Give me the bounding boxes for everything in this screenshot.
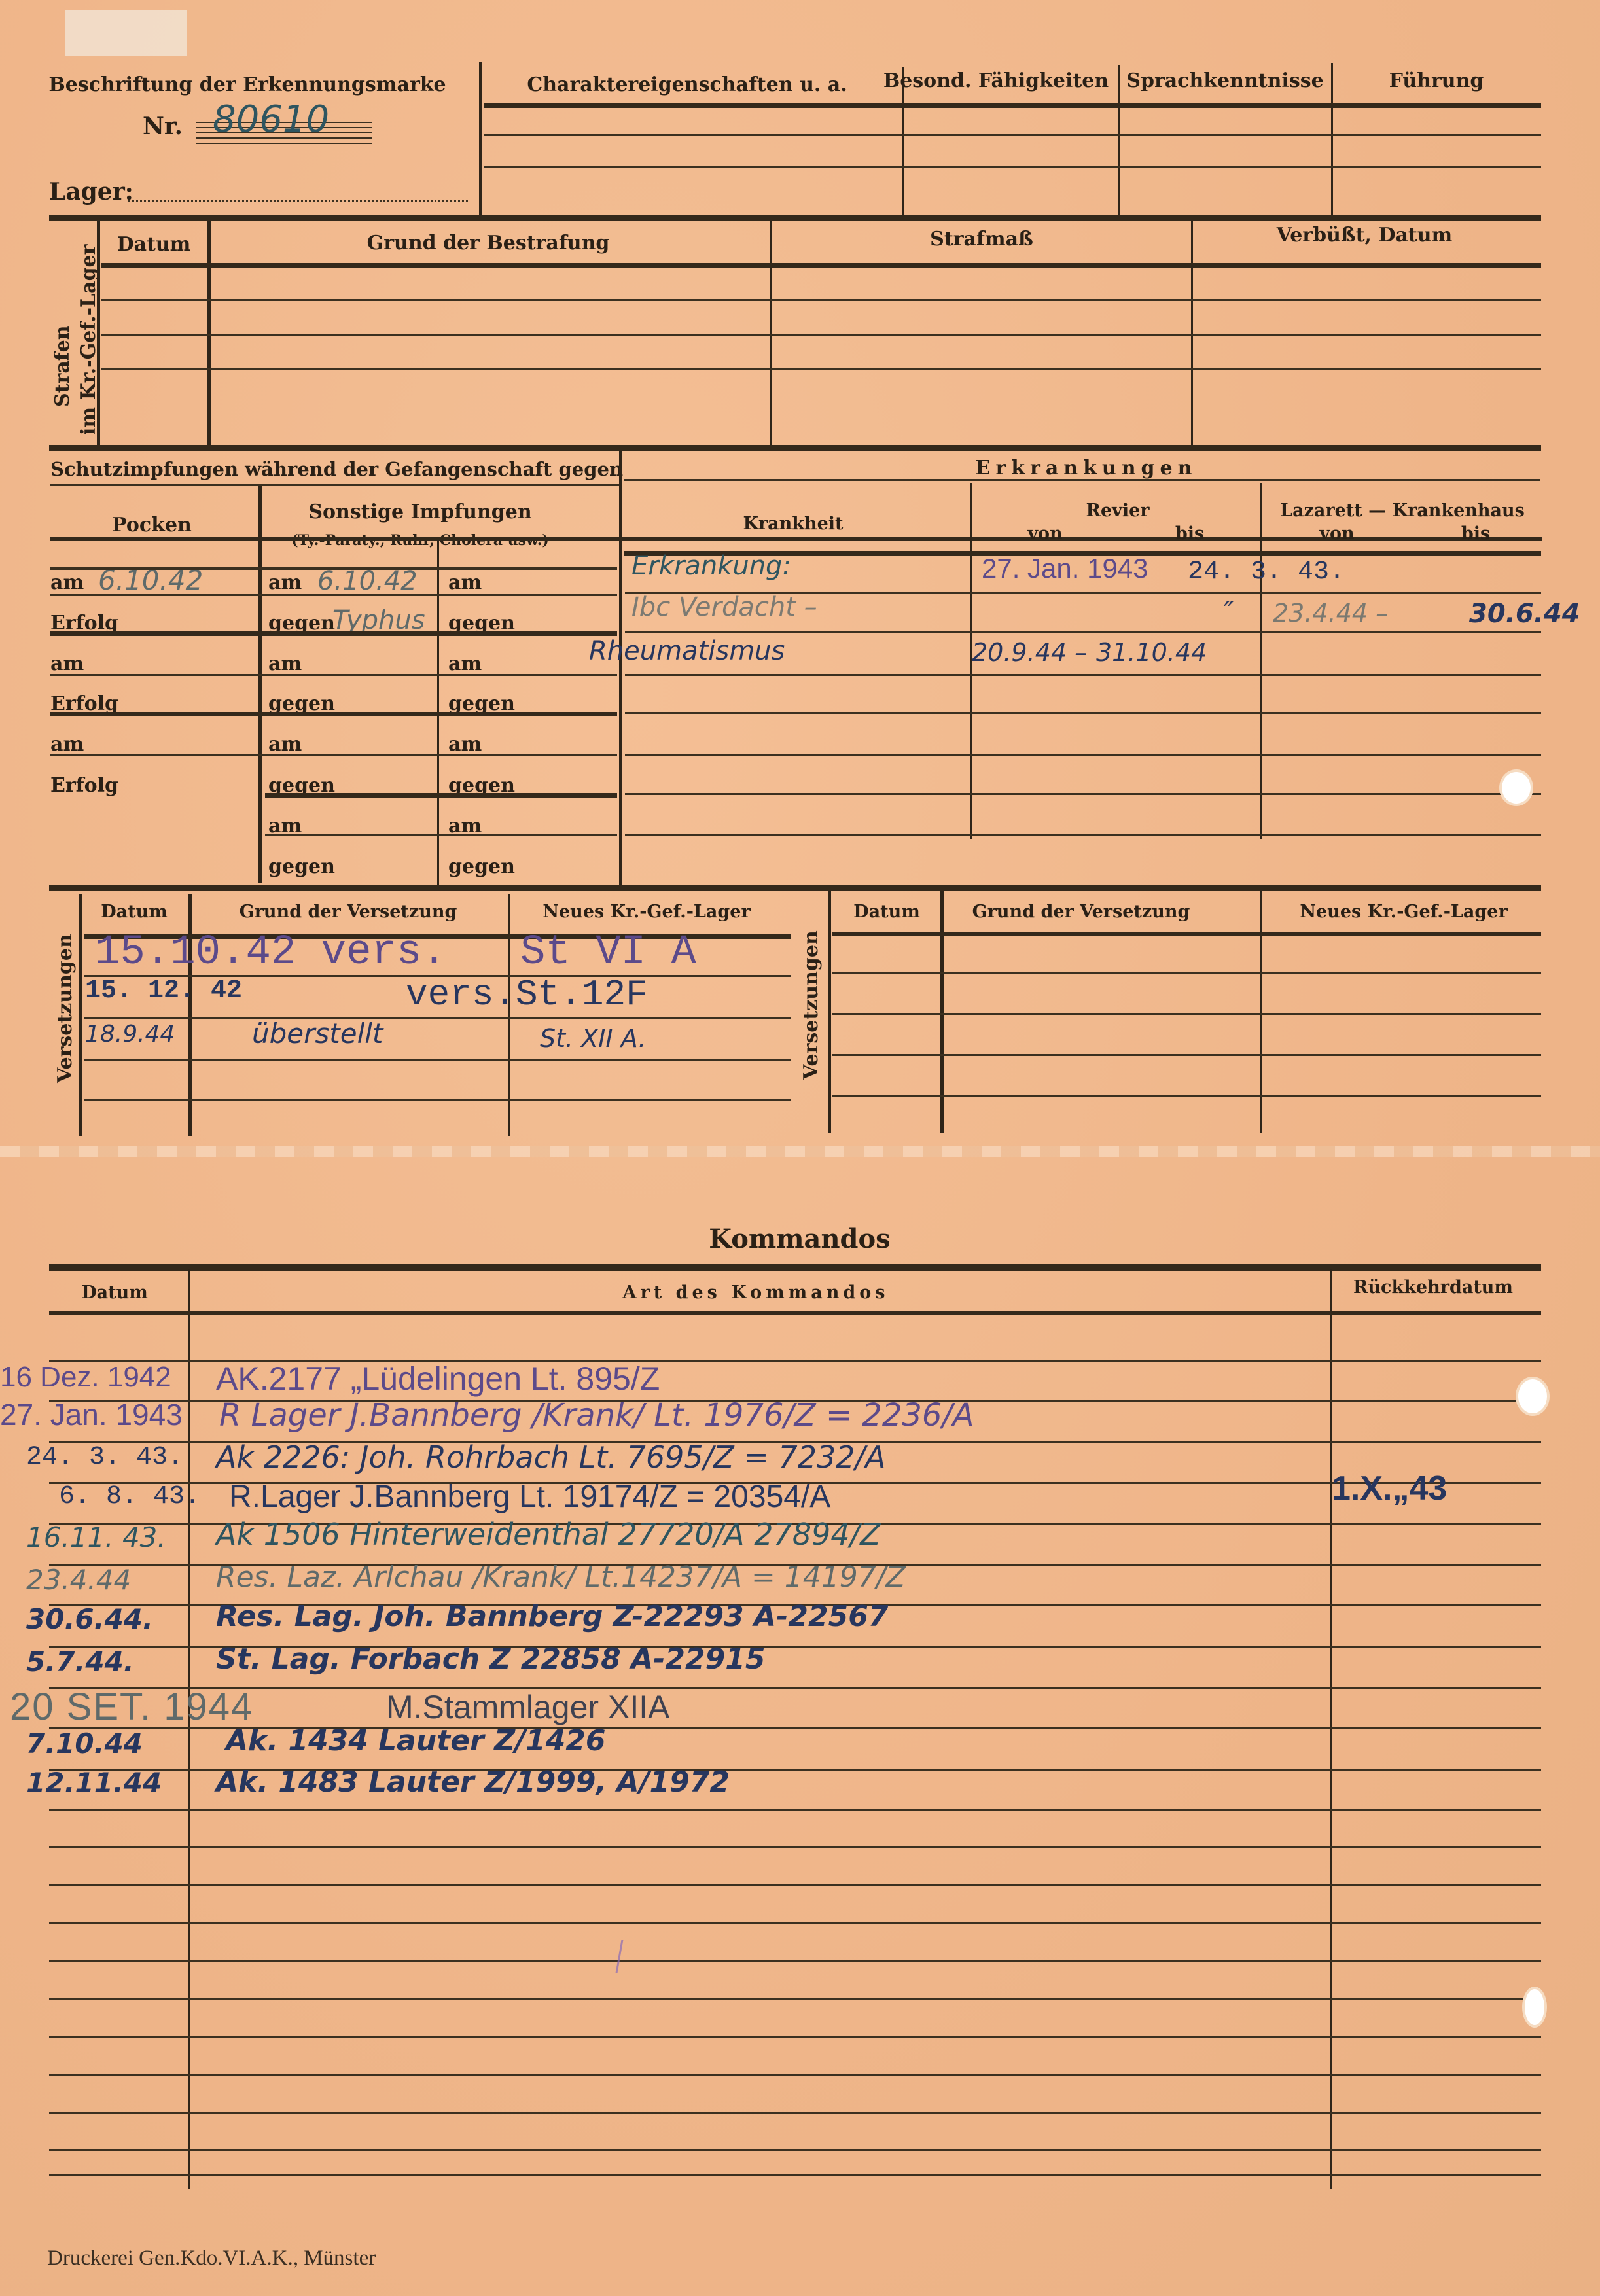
divider: [79, 894, 82, 1136]
revier-label: Revier: [1086, 501, 1150, 521]
rule: [49, 885, 1541, 891]
lazarett-von: von: [1319, 523, 1354, 544]
rule: [101, 368, 1541, 370]
divider: [1260, 483, 1262, 839]
rule: [832, 1013, 1541, 1015]
strafen-col-verbuesst: Verbüßt, Datum: [1277, 224, 1453, 247]
rule: [49, 2036, 1541, 2038]
erkr-row2-laz-von: 23.4.44 –: [1273, 599, 1388, 627]
krankheit-label: Krankheit: [743, 514, 843, 534]
komm-row-7-art: Res. Lag. Joh. Bannberg Z-22293 A-22567: [216, 1600, 888, 1633]
rule: [101, 334, 1541, 336]
rule: [49, 215, 1541, 221]
rule: [625, 592, 1541, 594]
komm-row-9-datum: 20 SET. 1944: [10, 1685, 253, 1729]
erkr-row3-revier-von: 20.9.44 –: [972, 638, 1087, 667]
erkr-row3-krankheit: Rheumatismus: [589, 636, 785, 666]
vers2-col-datum: Datum: [853, 902, 920, 922]
rule: [49, 2149, 1541, 2151]
komm-row-10-datum: 7.10.44: [26, 1727, 143, 1759]
vers-row3-grund: überstellt: [252, 1017, 383, 1050]
komm-row-6-art: Res. Laz. Arlchau /Krank/ Lt.14237/A = 1…: [216, 1561, 906, 1594]
rule: [50, 754, 617, 756]
komm-row-4-rueck: 1.X.„43: [1332, 1469, 1447, 1508]
rule: [101, 263, 1541, 268]
strafen-col-grund: Grund der Bestrafung: [367, 232, 610, 255]
rule: [49, 1884, 1541, 1886]
divider: [940, 891, 944, 1133]
rule: [84, 1099, 791, 1101]
rule: [49, 1311, 1541, 1315]
rule: [49, 1846, 1541, 1848]
rule: [50, 537, 1542, 541]
rule: [625, 712, 1541, 714]
komm-row-7-datum: 30.6.44.: [26, 1603, 153, 1635]
rule: [84, 1017, 791, 1019]
rule: [625, 754, 1541, 756]
revier-bis: bis: [1175, 523, 1204, 544]
sonstige-label: Sonstige Impfungen: [308, 501, 531, 523]
rule: [832, 972, 1541, 974]
revier-von: von: [1027, 523, 1062, 544]
komm-row-1-datum: 16 Dez. 1942: [0, 1361, 171, 1394]
punch-hole: [1502, 772, 1531, 804]
divider: [479, 62, 482, 218]
rule: [49, 2174, 1541, 2176]
rule: [49, 1687, 1541, 1689]
lazarett-label: Lazarett — Krankenhaus: [1280, 501, 1525, 521]
divider: [1331, 63, 1333, 215]
rule: [101, 299, 1541, 301]
rule: [49, 1960, 1541, 1962]
sonstige2-am-1: am: [448, 571, 482, 594]
kommandos-title: Kommandos: [709, 1224, 890, 1254]
sonstige2-am-2: am: [448, 652, 482, 675]
rule: [484, 166, 1541, 168]
pocken-am-2: am: [50, 652, 84, 675]
komm-row-10-art: Ak. 1434 Lauter Z/1426: [226, 1724, 606, 1757]
erkrankungen-title: Erkrankungen: [976, 457, 1198, 480]
sonstige-am-1: am: [268, 571, 302, 594]
punch-hole: [1525, 1989, 1544, 2025]
rule: [484, 103, 1541, 108]
sonstige-am-3: am: [268, 733, 302, 756]
rule: [84, 1059, 791, 1061]
komm-row-8-datum: 5.7.44.: [26, 1646, 134, 1678]
vers-row3-lager: St. XII A.: [540, 1024, 646, 1053]
rule: [50, 631, 617, 636]
vers2-col-grund: Grund der Versetzung: [972, 902, 1190, 922]
komm-row-3-datum: 24. 3. 43.: [26, 1443, 183, 1472]
impfungen-title: Schutzimpfungen während der Gefangenscha…: [50, 458, 623, 480]
pocken-am-3: am: [50, 733, 84, 756]
printer-imprint: Druckerei Gen.Kdo.VI.A.K., Münster: [47, 2246, 376, 2270]
erkr-row3-revier-bis: 31.10.44: [1096, 638, 1207, 667]
komm-row-6-datum: 23.4.44: [26, 1564, 131, 1596]
komm-row-4-datum: 6. 8. 43.: [59, 1482, 200, 1511]
pocken-am-1: am: [50, 571, 84, 594]
rule: [49, 1809, 1541, 1811]
sonstige-gegen-4: gegen: [268, 855, 335, 878]
rule: [49, 445, 1541, 451]
strafen-side-label: Strafen: [51, 325, 74, 407]
divider: [1260, 891, 1262, 1133]
lager-field: [128, 200, 468, 202]
strafen-col-strafmass: Strafmaß: [930, 228, 1033, 251]
sonstige2-am-3: am: [448, 733, 482, 756]
rule: [49, 2112, 1541, 2114]
rule: [49, 1264, 1541, 1271]
pencil-mark: [616, 1940, 633, 1973]
rule: [265, 793, 617, 798]
rule: [50, 712, 617, 716]
rule: [50, 674, 617, 676]
vers-row3-datum: 18.9.44: [85, 1021, 175, 1048]
pocken-erfolg-3: Erfolg: [50, 774, 118, 797]
tag-label: Beschriftung der Erkennungsmarke: [48, 73, 446, 96]
komm-row-1-art: AK.2177 „Lüdelingen Lt. 895/Z: [216, 1360, 660, 1398]
col-faehigkeiten: Besond. Fähigkeiten: [883, 69, 1109, 92]
versetzungen-label-right: Versetzungen: [800, 930, 823, 1080]
rule: [265, 834, 617, 836]
divider: [1118, 65, 1120, 215]
sonstige-am-1-value: 6.10.42: [317, 566, 418, 596]
rule: [832, 1095, 1541, 1097]
divider: [828, 891, 831, 1133]
rule: [832, 1054, 1541, 1056]
vers2-col-lager: Neues Kr.-Gef.-Lager: [1300, 902, 1507, 922]
pocken-label: Pocken: [112, 514, 192, 537]
divider: [258, 486, 262, 883]
komm-row-11-art: Ak. 1483 Lauter Z/1999, A/1972: [216, 1765, 730, 1799]
lazarett-bis: bis: [1461, 523, 1490, 544]
rule: [625, 834, 1541, 836]
komm-col-rueck: Rückkehrdatum: [1353, 1277, 1513, 1298]
komm-row-11-datum: 12.11.44: [26, 1767, 162, 1799]
erkr-row2-revier-bis: ″: [1224, 595, 1234, 627]
vers-stamp-1: 15.10.42 vers.: [95, 929, 447, 976]
rule: [625, 674, 1541, 676]
rule: [50, 594, 617, 596]
sonstige-am-2: am: [268, 652, 302, 675]
divider: [97, 221, 100, 449]
lager-label: Lager:: [49, 178, 133, 205]
komm-col-art: Art des Kommandos: [623, 1282, 889, 1303]
rule: [49, 1998, 1541, 2000]
rule: [832, 932, 1541, 936]
rule: [625, 631, 1541, 633]
erkr-row1-revier-von: 27. Jan. 1943: [982, 553, 1148, 584]
versetzungen-label: Versetzungen: [54, 934, 77, 1083]
komm-row-8-art: St. Lag. Forbach Z 22858 A-22915: [216, 1642, 766, 1676]
rule: [49, 2074, 1541, 2076]
col-charakter: Charaktereigenschaften u. a.: [527, 73, 847, 96]
strafen-col-datum: Datum: [117, 233, 191, 256]
komm-row-5-art: Ak 1506 Hinterweidenthal 27720/A 27894/Z: [216, 1517, 881, 1552]
rule: [484, 134, 1541, 136]
vers-stamp-1-lager: St VI A: [520, 929, 696, 976]
vers-row2-stamp: vers.St.12F: [406, 974, 648, 1016]
erkr-row2-laz-bis: 30.6.44: [1469, 599, 1580, 629]
pow-record-card: Beschriftung der Erkennungsmarke Nr. 806…: [0, 0, 1600, 2296]
erkr-row1-revier-bis: 24. 3. 43.: [1188, 557, 1345, 587]
komm-row-9-art: M.Stammlager XIIA: [386, 1688, 669, 1726]
versetzungen-side-label-left: Versetzungen: [54, 934, 77, 1083]
strafen-label-1: Strafen: [51, 325, 74, 407]
rule: [49, 1922, 1541, 1924]
rule: [50, 484, 620, 486]
rule: [625, 793, 1541, 795]
col-fuehrung: Führung: [1389, 69, 1484, 92]
komm-row-2-art: R Lager J.Bannberg /Krank/ Lt. 1976/Z = …: [219, 1397, 974, 1434]
nr-label: Nr.: [143, 113, 183, 140]
komm-row-3-art: Ak 2226: Joh. Rohrbach Lt. 7695/Z = 7232…: [216, 1439, 885, 1475]
versetzungen-side-label-right: Versetzungen: [800, 930, 823, 1080]
erkr-row2-krankheit: Ibc Verdacht –: [631, 592, 817, 622]
rule: [50, 567, 617, 569]
komm-row-4-art: R.Lager J.Bannberg Lt. 19174/Z = 20354/A: [229, 1479, 830, 1515]
col-sprachkenntnisse: Sprachkenntnisse: [1126, 69, 1323, 92]
komm-row-5-datum: 16.11. 43.: [26, 1521, 166, 1553]
fold-tear: [0, 1146, 1600, 1157]
paper-repair-patch: [65, 10, 187, 56]
vers-row2-datum: 15. 12. 42: [85, 976, 242, 1006]
komm-row-2-datum: 27. Jan. 1943: [0, 1397, 183, 1432]
rule: [624, 479, 1540, 481]
vers-col-datum: Datum: [101, 902, 168, 922]
sonstige2-gegen-4: gegen: [448, 855, 515, 878]
divider: [619, 451, 622, 889]
nr-value: 80610: [213, 98, 329, 141]
vers-col-grund: Grund der Versetzung: [240, 902, 457, 922]
komm-col-datum: Datum: [81, 1282, 148, 1303]
vers-col-lager: Neues Kr.-Gef.-Lager: [542, 902, 750, 922]
punch-hole: [1518, 1379, 1547, 1413]
erkr-row1-krankheit: Erkrankung:: [631, 551, 791, 581]
